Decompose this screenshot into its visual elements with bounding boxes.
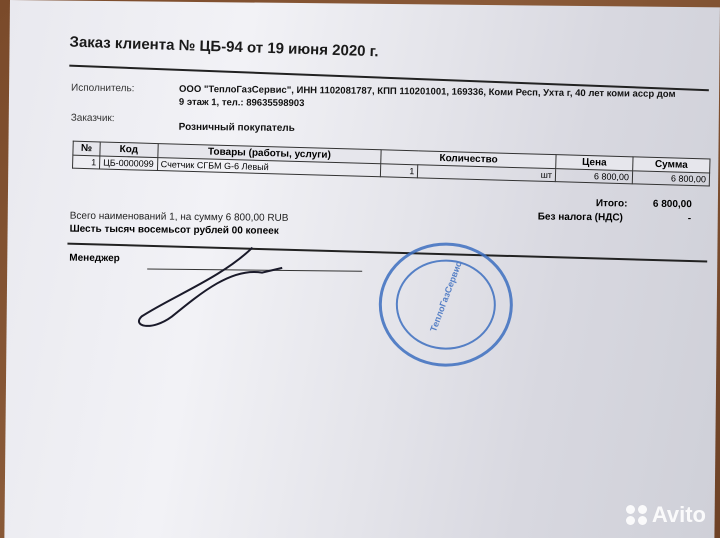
tax-value: - (688, 213, 691, 224)
row-sum: 6 800,00 (632, 171, 709, 186)
row-unit: шт (418, 165, 556, 182)
total-label: Итого: (596, 198, 628, 209)
executor-label: Исполнитель: (71, 83, 135, 95)
document-title: Заказ клиента № ЦБ-94 от 19 июня 2020 г. (69, 34, 379, 61)
document-paper: Заказ клиента № ЦБ-94 от 19 июня 2020 г.… (4, 0, 720, 538)
total-value: 6 800,00 (653, 199, 692, 210)
items-table: № Код Товары (работы, услуги) Количество… (72, 141, 711, 187)
avito-logo-icon (626, 505, 648, 525)
col-num: № (73, 141, 100, 156)
row-num: 1 (73, 155, 100, 169)
customer-value: Розничный покупатель (179, 122, 295, 134)
customer-label: Заказчик: (71, 113, 115, 124)
amount-in-words: Шесть тысяч восемьсот рублей 00 копеек (70, 224, 279, 237)
row-qty: 1 (381, 164, 418, 178)
avito-watermark: Avito (626, 502, 706, 528)
row-price: 6 800,00 (555, 169, 632, 184)
tax-label: Без налога (НДС) (538, 212, 623, 224)
manager-label: Менеджер (69, 253, 120, 265)
row-code: ЦБ-0000099 (99, 156, 157, 171)
summary-line: Всего наименований 1, на сумму 6 800,00 … (70, 211, 289, 224)
company-stamp: ТеплоГазСервис (378, 242, 513, 367)
signature-scribble (131, 236, 292, 338)
executor-value-line2: 9 этаж 1, тел.: 89635598903 (179, 97, 305, 109)
avito-watermark-text: Avito (652, 502, 706, 528)
